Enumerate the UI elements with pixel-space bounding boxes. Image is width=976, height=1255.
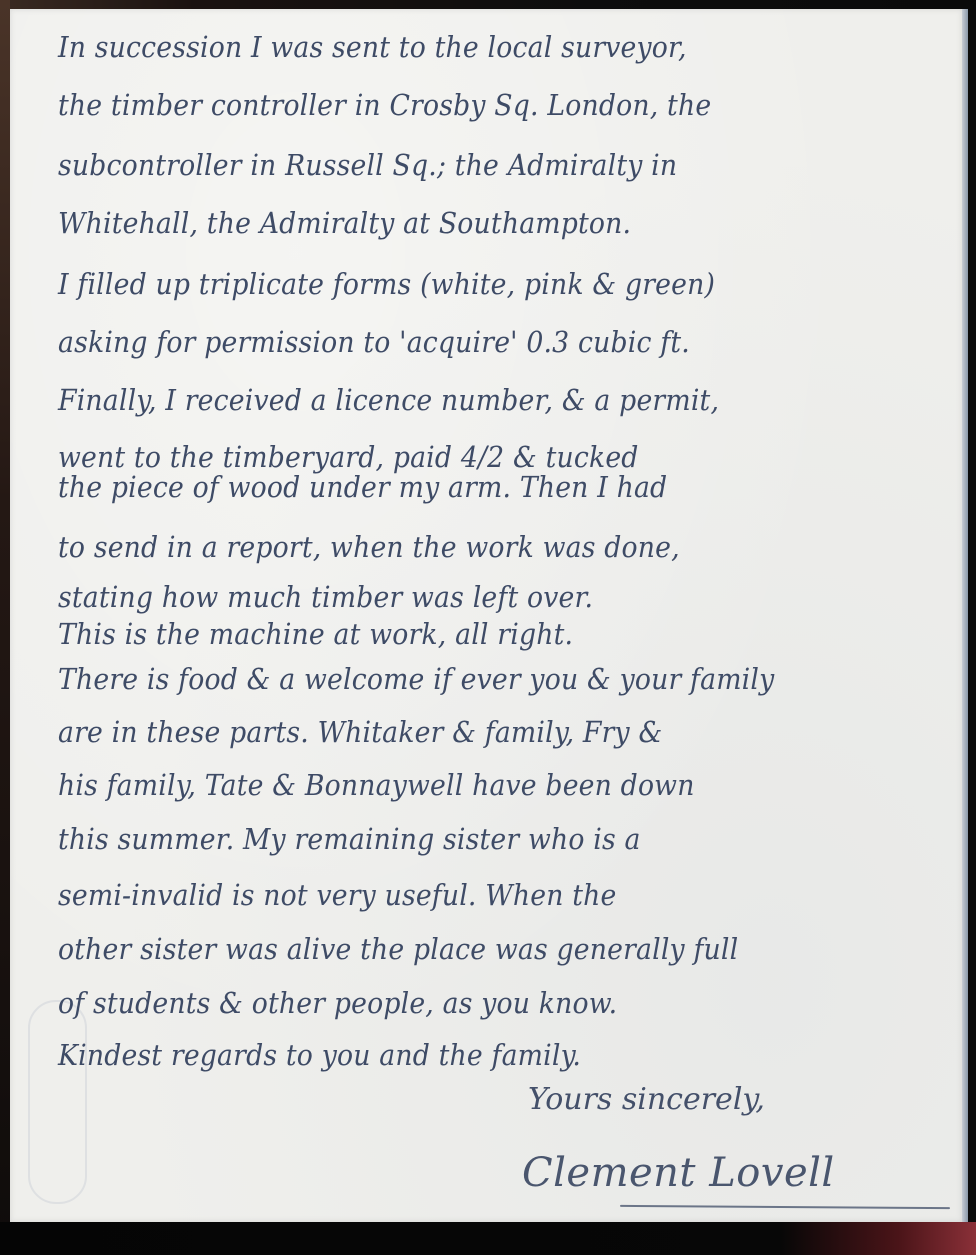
letter-line: to send in a report, when the work was d… [58,530,680,564]
letter-line: his family, Tate & Bonnaywell have been … [58,768,695,802]
letter-line: Kindest regards to you and the family. [58,1038,581,1072]
letter-line: the piece of wood under my arm. Then I h… [58,470,667,504]
letter-line: There is food & a welcome if ever you & … [58,662,774,696]
page-edge [962,9,968,1222]
letter-line: asking for permission to 'acquire' 0.3 c… [58,325,690,359]
letter-line: Finally, I received a licence number, & … [58,383,719,417]
letter-line: Whitehall, the Admiralty at Southampton. [58,206,631,240]
signature: Clement Lovell [522,1150,835,1196]
letter-closing: Yours sincerely, [528,1082,765,1117]
letter-line: In succession I was sent to the local su… [58,30,687,64]
letter-line: semi-invalid is not very useful. When th… [58,878,616,912]
letter-line: are in these parts. Whitaker & family, F… [58,715,662,749]
letter-line: subcontroller in Russell Sq.; the Admira… [58,148,677,182]
letter-line: stating how much timber was left over. [58,580,593,614]
letter-line: This is the machine at work, all right. [58,617,573,651]
letter-line: I filled up triplicate forms (white, pin… [58,267,715,301]
letter-line: this summer. My remaining sister who is … [58,822,641,856]
letter-line: the timber controller in Crosby Sq. Lond… [58,88,711,122]
paper-watermark [28,1000,87,1204]
photo-background-bottom [0,1222,976,1255]
letter-line: of students & other people, as you know. [58,986,617,1020]
letter-line: went to the timberyard, paid 4/2 & tucke… [58,440,639,474]
letter-line: other sister was alive the place was gen… [58,932,738,966]
photo-background-left [0,0,10,1255]
